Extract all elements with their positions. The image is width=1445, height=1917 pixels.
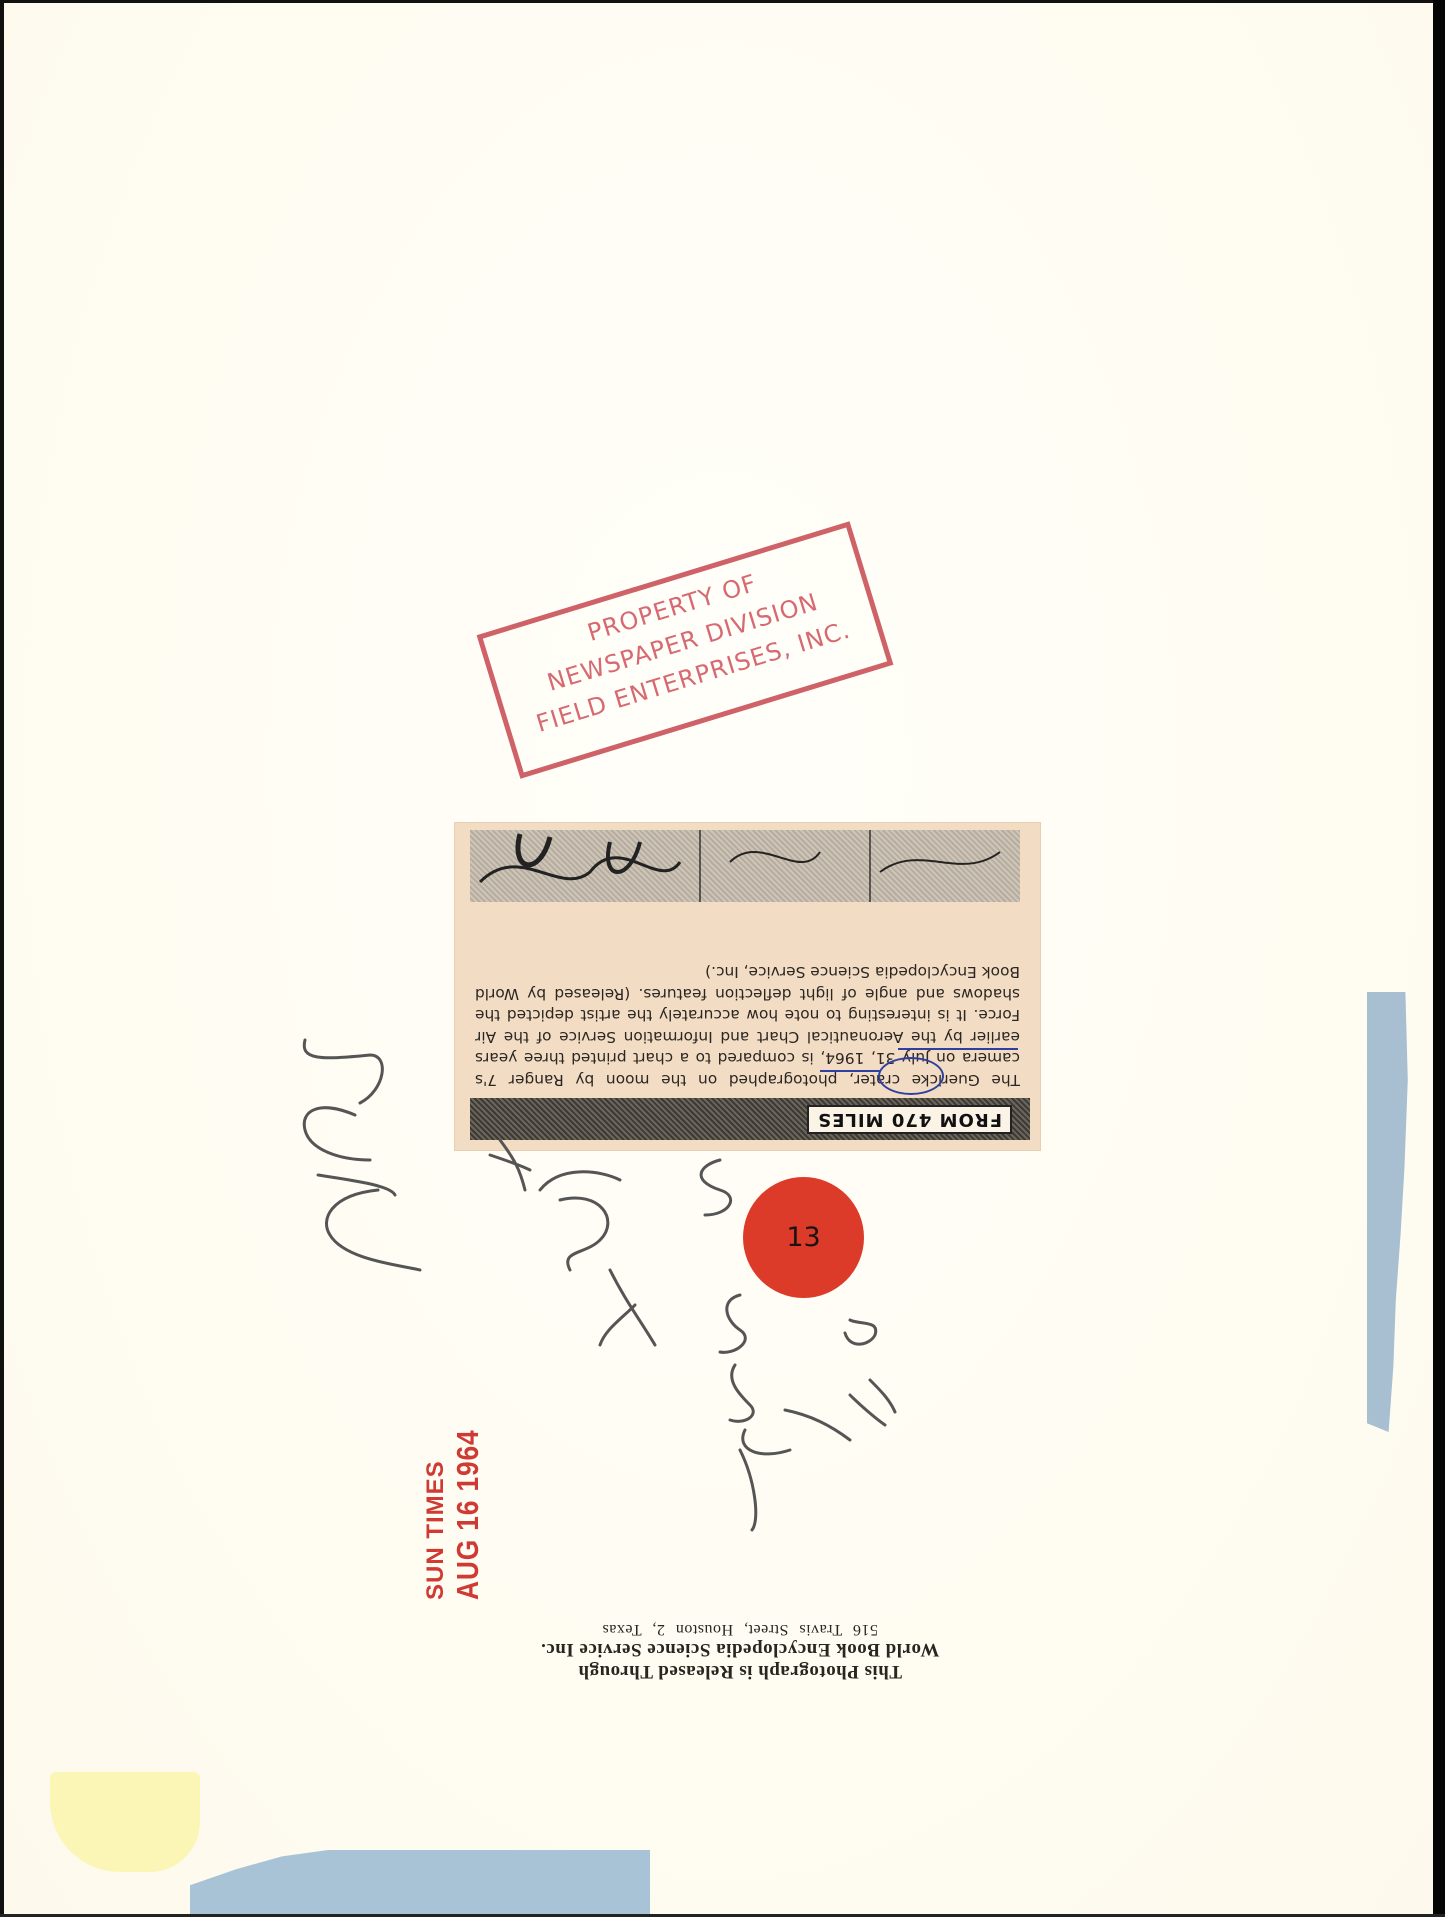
scan-edge-top	[0, 0, 1445, 3]
stamp-date: AUG 16 1964	[450, 1405, 486, 1601]
credit-line-1: This Photograph is Released Through	[520, 1660, 960, 1682]
sticker-number: 13	[786, 1222, 820, 1253]
scan-edge-left	[0, 0, 4, 1917]
release-credit-line: This Photograph is Released Through Worl…	[520, 1620, 960, 1682]
credit-line-2: World Book Encyclopedia Science Service …	[520, 1638, 960, 1660]
credit-line-3: 516 Travis Street, Houston 2, Texas	[520, 1620, 960, 1638]
stamp-paper-name: SUN TIMES	[422, 1370, 450, 1600]
ink-circle-annotation	[878, 1057, 944, 1095]
sun-times-date-stamp: SUN TIMES AUG 16 1964	[422, 1370, 532, 1600]
clipping-photo-strip-top: FROM 470 MILES	[470, 1098, 1030, 1140]
ink-underline-annotation	[898, 1048, 1018, 1050]
clipping-headline: FROM 470 MILES	[807, 1105, 1012, 1134]
ink-underline-annotation	[820, 1070, 880, 1072]
clipping-map-image	[470, 830, 1020, 902]
scan-edge-right	[1433, 0, 1445, 1917]
number-sticker: 13	[743, 1177, 864, 1298]
newspaper-clipping: FROM 470 MILES The Guericke crater, phot…	[455, 823, 1040, 1150]
